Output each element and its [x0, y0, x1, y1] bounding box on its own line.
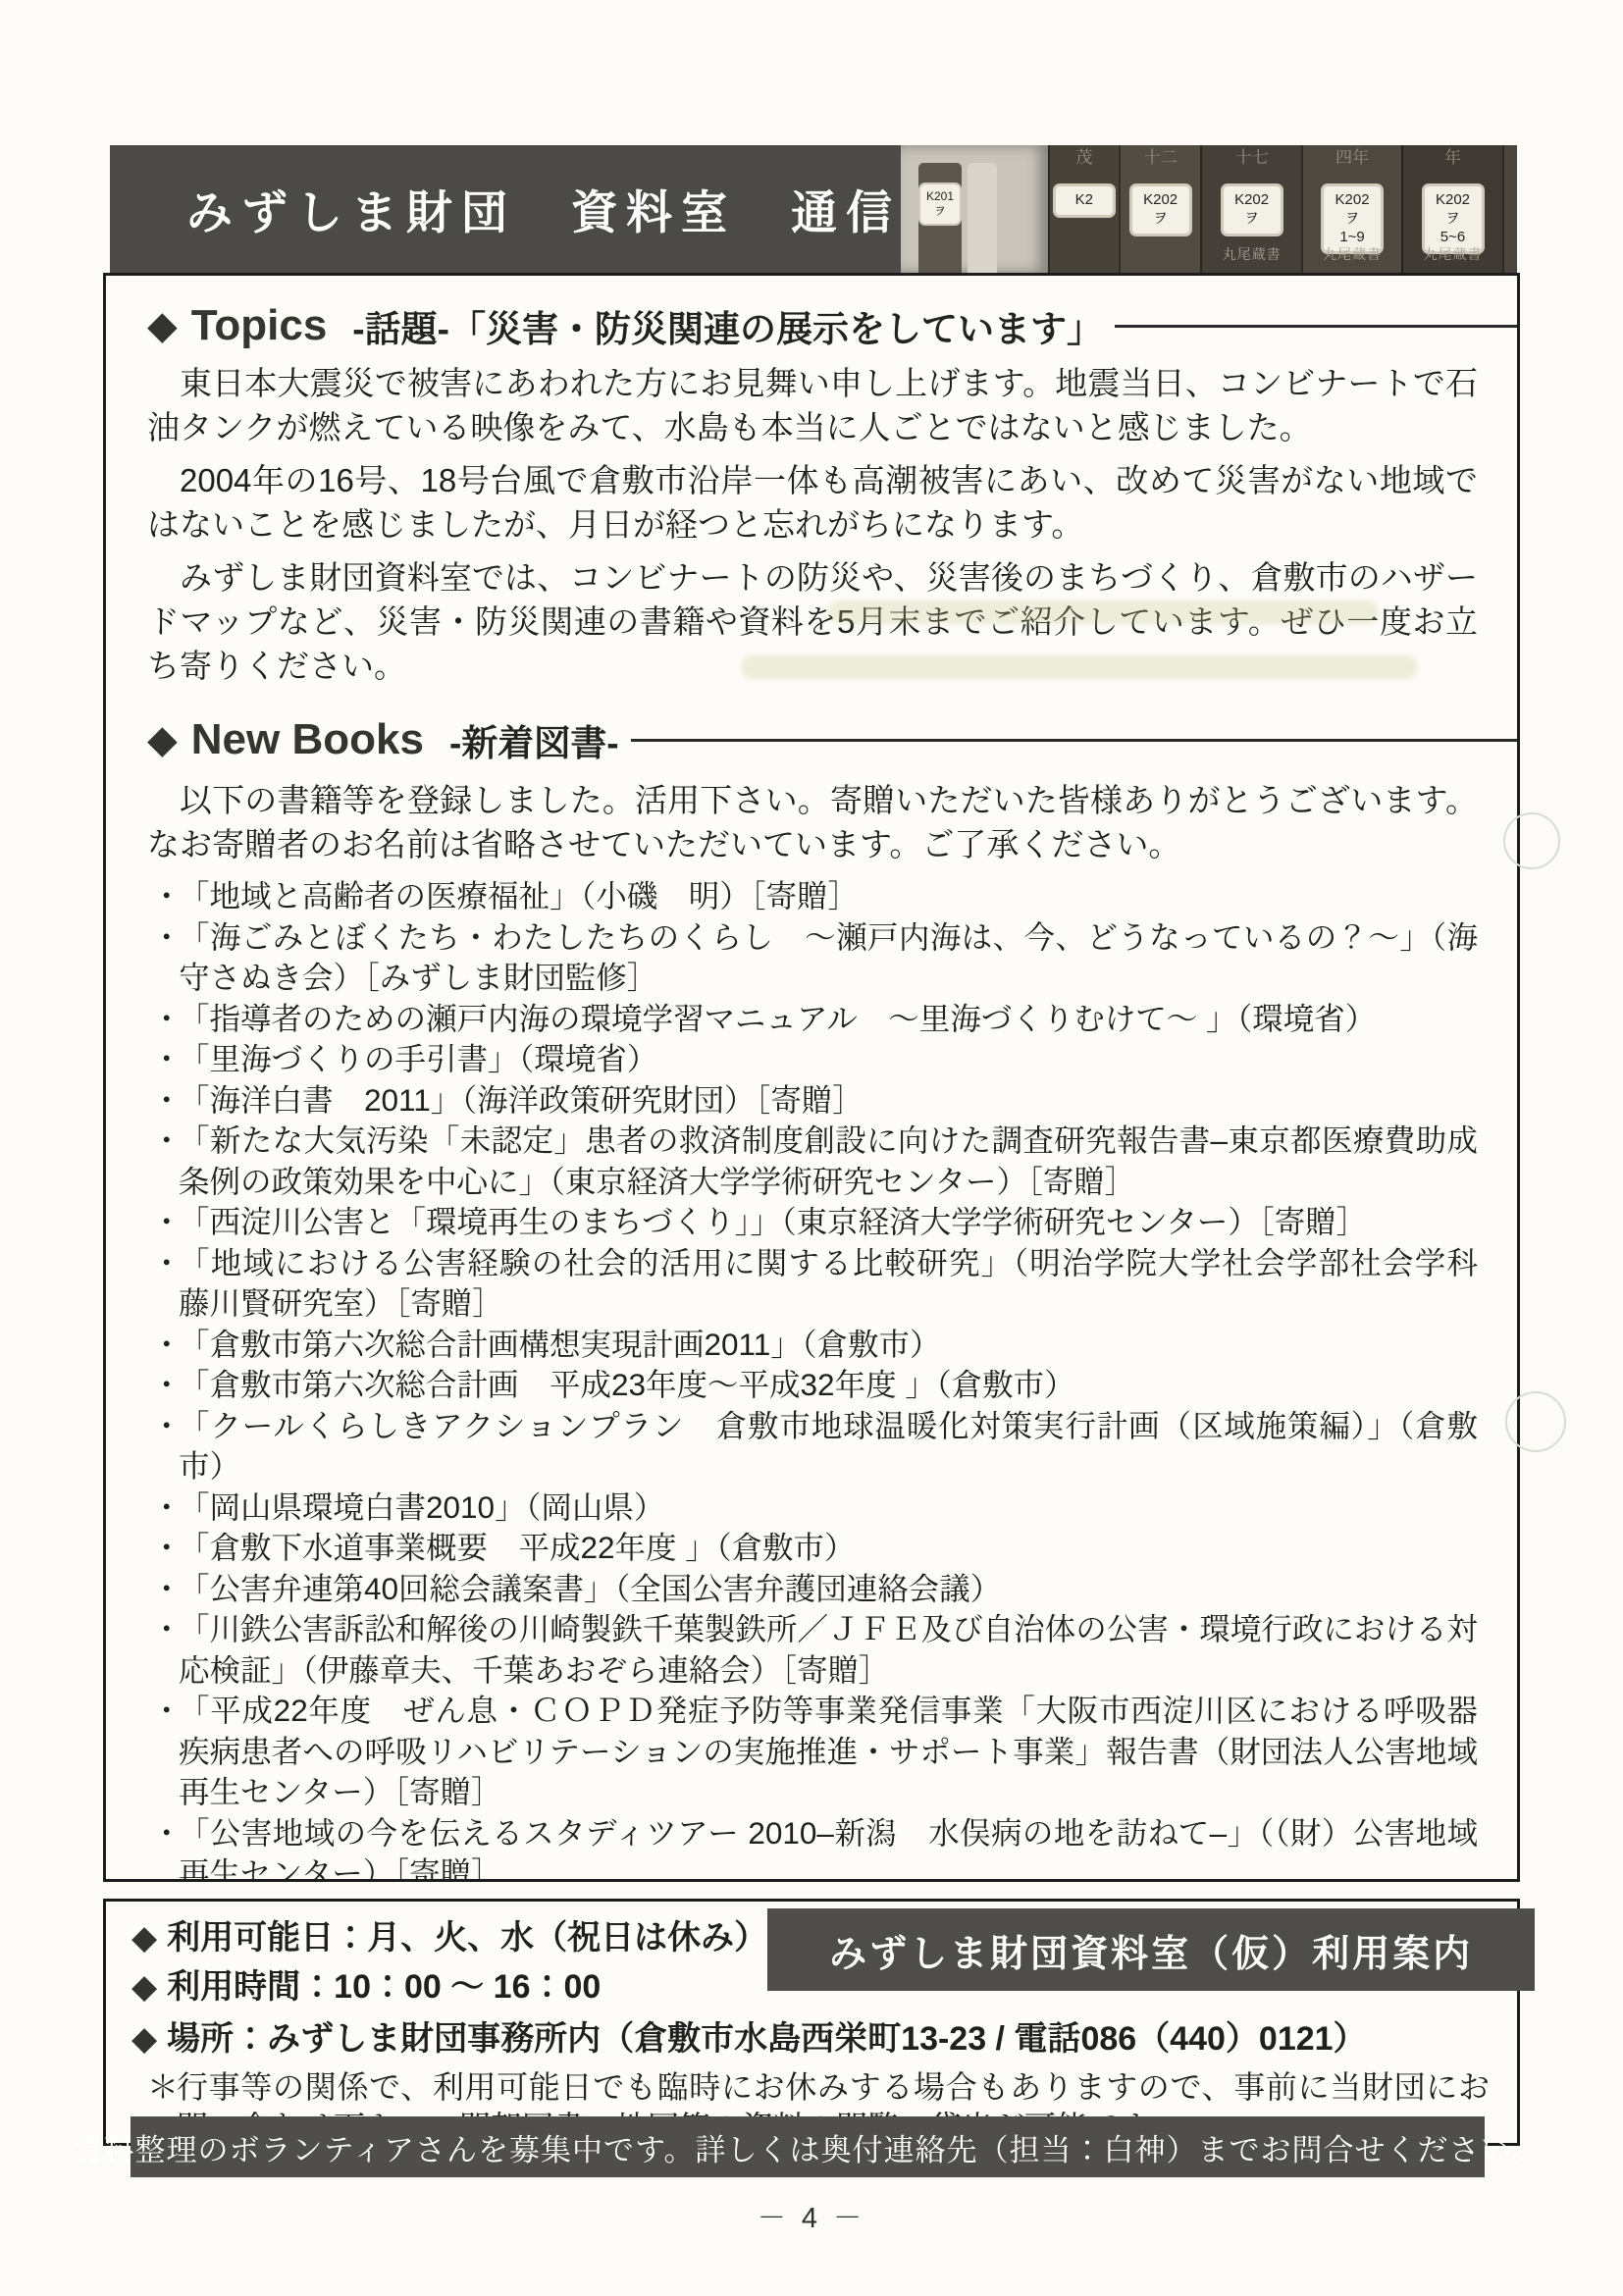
book-title: 「クールくらしきアクションプラン 倉敷市地球温暖化対策実行計画（区域施策編）」（… — [179, 1408, 1478, 1485]
spine-call-sub: ヲ — [1327, 210, 1378, 229]
bullet-icon: ・ — [151, 1325, 183, 1366]
book-title: 「地域における公害経験の社会的活用に関する比較研究」（明治学院大学社会学部社会学… — [179, 1245, 1509, 1322]
diamond-icon: ◆ — [131, 2020, 157, 2058]
diamond-icon: ◆ — [131, 1919, 157, 1957]
book-item: ・「新たな大気汚染「未認定」患者の救済制度創設に向けた調査研究報告書–東京都医療… — [147, 1121, 1478, 1202]
bullet-icon: ・ — [151, 1202, 183, 1243]
bullet-icon: ・ — [151, 1080, 183, 1122]
bookshelf-photo: K201 ヲ 茂 K2 十二 K202 ヲ 十七 K202 ヲ — [901, 145, 1517, 273]
book-item: ・「クールくらしきアクションプラン 倉敷市地球温暖化対策実行計画（区域施策編）」… — [147, 1406, 1478, 1487]
spine-label: K202 ヲ — [1221, 183, 1283, 236]
book-spine: 年 K202 ヲ 7 丸尾蔵書 — [1502, 145, 1517, 273]
bullet-icon: ・ — [151, 1569, 183, 1610]
spine-call-number: K201 — [923, 189, 957, 204]
book-title: 「平成22年度 ぜん息・ＣＯＰＤ発症予防等事業発信事業「大阪市西淀川区における呼… — [179, 1693, 1478, 1809]
book-title: 「倉敷市第六次総合計画構想実現計画2011」（倉敷市） — [179, 1327, 941, 1362]
new-books-title-ja: -新着図書- — [449, 713, 619, 766]
book-spine: 年 K202 ヲ 5~6 丸尾蔵書 — [1401, 145, 1501, 273]
bullet-icon: ・ — [151, 1243, 183, 1284]
book-item: ・「海ごみとぼくたち・わたしたちのくらし ～瀬戸内海は、今、どうなっているの？～… — [147, 917, 1478, 999]
spine-top-text: 十七 — [1202, 149, 1300, 167]
spine-call-sub: ヲ — [1135, 210, 1186, 229]
spine-call-sub: ヲ — [923, 204, 957, 219]
diamond-icon: ◆ — [147, 306, 178, 345]
heading-rule — [1115, 325, 1517, 328]
book-title: 「倉敷下水道事業概要 平成22年度 」（倉敷市） — [179, 1530, 856, 1565]
usage-days-text: 利用可能日：月、火、水（祝日は休み） — [167, 1919, 767, 1957]
book-item: ・「倉敷市第六次総合計画 平成23年度～平成32年度 」（倉敷市） — [147, 1365, 1478, 1406]
spine-call-number: K202 — [1428, 191, 1479, 210]
book-item: ・「公害地域の今を伝えるスタディツアー 2010–新潟 水俣病の地を訪ねて–」（… — [147, 1813, 1478, 1883]
book-item: ・「平成22年度 ぜん息・ＣＯＰＤ発症予防等事業発信事業「大阪市西淀川区における… — [147, 1691, 1478, 1813]
usage-place: ◆場所：みずしま財団事務所内（倉敷市水島西栄町13-23 / 電話086（440… — [131, 2011, 1517, 2060]
spine-call-number: K2 — [1059, 191, 1110, 210]
book-title: 「海ごみとぼくたち・わたしたちのくらし ～瀬戸内海は、今、どうなっているの？～」… — [179, 919, 1478, 996]
book-title: 「川鉄公害訴訟和解後の川崎製鉄千葉製鉄所／ＪＦＥ及び自治体の公害・環境行政におけ… — [179, 1611, 1478, 1688]
spine-stamp: 丸尾蔵書 — [1202, 244, 1300, 264]
spine-call-number: K202 — [1327, 191, 1378, 210]
spine-top-text: 四年 — [1303, 149, 1401, 167]
heading-rule — [631, 739, 1517, 742]
spine-stamp: 丸尾蔵書 — [1504, 244, 1517, 264]
spine-call-sub: ヲ — [1227, 210, 1278, 229]
book-title: 「公害弁連第40回総会議案書」（全国公害弁護団連絡会議） — [179, 1571, 1001, 1606]
book-title: 「新たな大気汚染「未認定」患者の救済制度創設に向けた調査研究報告書–東京都医療費… — [179, 1122, 1478, 1199]
spine-call-number: K202 — [1227, 191, 1278, 210]
book-item: ・「地域における公害経験の社会的活用に関する比較研究」（明治学院大学社会学部社会… — [147, 1243, 1478, 1325]
book-spine: 十七 K202 ヲ 丸尾蔵書 — [1200, 145, 1300, 273]
topics-paragraph: 2004年の16号、18号台風で倉敷市沿岸一体も高潮被害にあい、改めて災害がない… — [147, 458, 1478, 547]
book-title: 「西淀川公害と「環境再生のまちづくり」」（東京経済大学学術研究センター）［寄贈］ — [179, 1204, 1367, 1239]
spine-stamp: 丸尾蔵書 — [1403, 244, 1501, 264]
newsletter-header-bar: みずしま財団 資料室 通信 K201 ヲ 茂 K2 十二 K202 ヲ — [110, 145, 1517, 273]
volunteer-banner: 資料整理のボランティアさんを募集中です。詳しくは奥付連絡先（担当：白神）までお問… — [131, 2116, 1485, 2177]
book-spine: 茂 K2 — [1048, 145, 1119, 273]
bullet-icon: ・ — [151, 1121, 183, 1162]
topics-heading: ◆ Topics -話題-「災害・防災関連の展示をしています」 — [147, 299, 1478, 352]
book-spine: 十二 K202 ヲ — [1119, 145, 1201, 273]
book-spine: K201 ヲ — [918, 163, 962, 273]
book-list: ・「地域と高齢者の医療福祉」（小磯 明）［寄贈］ ・「海ごみとぼくたち・わたした… — [147, 876, 1478, 1882]
book-item: ・「地域と高齢者の医療福祉」（小磯 明）［寄贈］ — [147, 876, 1478, 917]
book-title: 「里海づくりの手引書」（環境省） — [179, 1041, 657, 1076]
bullet-icon: ・ — [151, 1528, 183, 1569]
spine-top-text: 茂 — [1050, 149, 1119, 167]
spine-top-text: 十二 — [1121, 149, 1201, 167]
bleed-through-artifact — [829, 600, 1379, 624]
bullet-icon: ・ — [151, 917, 183, 959]
new-books-intro: 以下の書籍等を登録しました。活用下さい。寄贈いただいた皆様ありがとうございます。… — [147, 778, 1478, 866]
bullet-icon: ・ — [151, 1813, 183, 1854]
book-title: 「海洋白書 2011」（海洋政策研究財団）［寄贈］ — [179, 1082, 864, 1118]
topics-title-en: Topics — [191, 301, 328, 350]
usage-info-box: ◆利用可能日：月、火、水（祝日は休み） ◆利用時間：10：00 ～ 16：00 … — [103, 1899, 1520, 2146]
diamond-icon: ◆ — [147, 720, 178, 759]
spine-label: K2 — [1053, 183, 1116, 218]
book-title: 「倉敷市第六次総合計画 平成23年度～平成32年度 」（倉敷市） — [179, 1367, 1075, 1402]
bleed-through-artifact — [741, 655, 1418, 679]
topics-paragraph: 東日本大震災で被害にあわれた方にお見舞い申し上げます。地震当日、コンビナートで石… — [147, 361, 1478, 449]
spine-call-number: K202 — [1135, 191, 1186, 210]
new-books-title-en: New Books — [191, 715, 424, 764]
bullet-icon: ・ — [151, 1039, 183, 1080]
bullet-icon: ・ — [151, 1691, 183, 1732]
book-item: ・「倉敷下水道事業概要 平成22年度 」（倉敷市） — [147, 1528, 1478, 1569]
book-spine: 四年 K202 ヲ 1~9 丸尾蔵書 — [1301, 145, 1401, 273]
usage-hours: ◆利用時間：10：00 ～ 16：00 — [131, 1962, 767, 2011]
book-item: ・「倉敷市第六次総合計画構想実現計画2011」（倉敷市） — [147, 1325, 1478, 1366]
book-title: 「公害地域の今を伝えるスタディツアー 2010–新潟 水俣病の地を訪ねて–」（（… — [179, 1815, 1478, 1883]
punch-hole — [1505, 1391, 1566, 1452]
asterisk-marker: ＊ — [147, 2067, 179, 2108]
new-books-heading: ◆ New Books -新着図書- — [147, 713, 1478, 766]
book-item: ・「海洋白書 2011」（海洋政策研究財団）［寄贈］ — [147, 1080, 1478, 1122]
spine-top-text: 年 — [1403, 149, 1501, 167]
book-title: 「地域と高齢者の医療福祉」（小磯 明）［寄贈］ — [179, 878, 859, 913]
book-item: ・「西淀川公害と「環境再生のまちづくり」」（東京経済大学学術研究センター）［寄贈… — [147, 1202, 1478, 1243]
bullet-icon: ・ — [151, 1609, 183, 1650]
book-spine — [968, 163, 997, 273]
spine-top-text: 年 — [1504, 149, 1517, 167]
usage-place-text: 場所：みずしま財団事務所内（倉敷市水島西栄町13-23 / 電話086（440）… — [167, 2020, 1366, 2058]
usage-days: ◆利用可能日：月、火、水（祝日は休み） — [131, 1913, 767, 1962]
book-item: ・「川鉄公害訴訟和解後の川崎製鉄千葉製鉄所／ＪＦＥ及び自治体の公害・環境行政にお… — [147, 1609, 1478, 1691]
usage-guide-title-box: みずしま財団資料室（仮）利用案内 — [767, 1908, 1535, 1991]
spine-call-sub: ヲ — [1428, 210, 1479, 229]
book-item: ・「指導者のための瀬戸内海の環境学習マニュアル ～里海づくりむけて～ 」（環境省… — [147, 999, 1478, 1040]
spine-label: K202 ヲ — [1129, 183, 1192, 236]
punch-hole — [1503, 812, 1560, 869]
topics-title-ja: -話題-「災害・防災関連の展示をしています」 — [352, 299, 1103, 352]
spine-stamp: 丸尾蔵書 — [1303, 244, 1401, 264]
diamond-icon: ◆ — [131, 1968, 157, 2006]
book-item: ・「公害弁連第40回総会議案書」（全国公害弁護団連絡会議） — [147, 1569, 1478, 1610]
bullet-icon: ・ — [151, 1487, 183, 1529]
book-item: ・「岡山県環境白書2010」（岡山県） — [147, 1487, 1478, 1529]
book-title: 「指導者のための瀬戸内海の環境学習マニュアル ～里海づくりむけて～ 」（環境省） — [179, 1001, 1376, 1036]
spine-label: K201 ヲ — [918, 183, 962, 226]
bullet-icon: ・ — [151, 876, 183, 917]
book-title: 「岡山県環境白書2010」（岡山県） — [179, 1489, 664, 1525]
bullet-icon: ・ — [151, 999, 183, 1040]
usage-hours-text: 利用時間：10：00 ～ 16：00 — [167, 1968, 601, 2006]
book-item: ・「里海づくりの手引書」（環境省） — [147, 1039, 1478, 1080]
newsletter-title: みずしま財団 資料室 通信 — [186, 177, 901, 242]
page-number: － 4 － — [0, 2196, 1623, 2236]
bullet-icon: ・ — [151, 1365, 183, 1406]
main-content-box: ◆ Topics -話題-「災害・防災関連の展示をしています」 東日本大震災で被… — [103, 273, 1520, 1882]
shelf-gap: K201 ヲ — [901, 145, 1048, 273]
bullet-icon: ・ — [151, 1406, 183, 1447]
